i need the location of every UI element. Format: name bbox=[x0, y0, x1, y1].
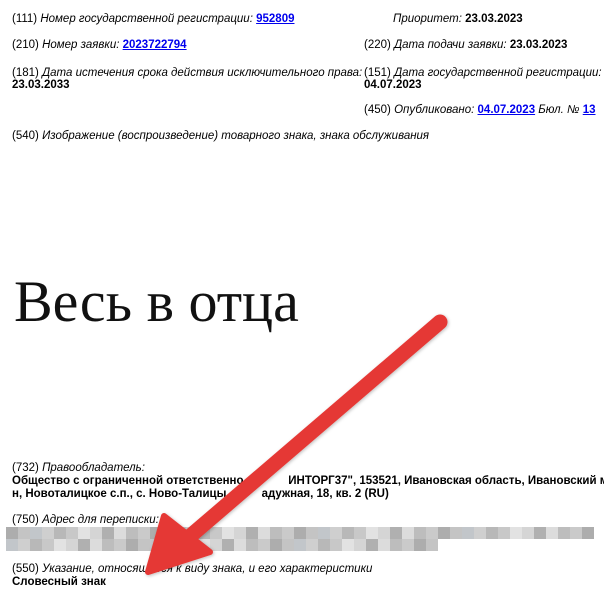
bulletin-number-link[interactable]: 13 bbox=[583, 104, 596, 116]
rightholder-row: (732) Правообладатель: Общество с ограни… bbox=[12, 462, 604, 501]
application-number-row: (210) Номер заявки: 2023722794 bbox=[12, 39, 187, 51]
field-code: (220) bbox=[364, 39, 391, 51]
field-code: (181) bbox=[12, 67, 39, 79]
priority-date: 23.03.2023 bbox=[465, 13, 523, 25]
field-label: Дата истечения срока действия исключител… bbox=[42, 67, 362, 79]
field-label: Дата подачи заявки: bbox=[394, 39, 507, 51]
application-number-link[interactable]: 2023722794 bbox=[123, 39, 187, 51]
publication-row: (450) Опубликовано: 04.07.2023 Бюл. № 13 bbox=[364, 104, 596, 116]
mark-type-row: (550) Указание, относящееся к виду знака… bbox=[12, 563, 372, 589]
field-code: (732) bbox=[12, 462, 39, 474]
field-label: Указание, относящееся к виду знака, и ег… bbox=[42, 563, 372, 575]
filing-date-row: (220) Дата подачи заявки: 23.03.2023 bbox=[364, 39, 567, 51]
field-label: Номер заявки: bbox=[42, 39, 119, 51]
field-label: Приоритет: bbox=[393, 13, 462, 25]
field-label: Номер государственной регистрации: bbox=[40, 13, 253, 25]
field-label: Адрес для переписки: bbox=[42, 514, 159, 526]
field-code: (540) bbox=[12, 130, 39, 142]
bulletin-label: Бюл. № bbox=[538, 104, 579, 116]
expiry-date: 23.03.2033 bbox=[12, 79, 70, 91]
field-label: Дата государственной регистрации: bbox=[394, 67, 602, 79]
registration-number-row: (111) Номер государственной регистрации:… bbox=[12, 13, 294, 25]
filing-date: 23.03.2023 bbox=[510, 39, 568, 51]
field-label: Опубликовано: bbox=[394, 104, 474, 116]
field-code: (111) bbox=[12, 13, 37, 25]
mark-type-value: Словесный знак bbox=[12, 576, 106, 588]
field-code: (450) bbox=[364, 104, 391, 116]
priority-row: Приоритет: 23.03.2023 bbox=[393, 13, 523, 25]
redacted-address-line-2 bbox=[6, 539, 438, 551]
field-code: (550) bbox=[12, 563, 39, 575]
rightholder-line-1: Общество с ограниченной ответственно ИНТ… bbox=[12, 475, 604, 487]
registration-number-link[interactable]: 952809 bbox=[256, 13, 294, 25]
publication-date-link[interactable]: 04.07.2023 bbox=[478, 104, 536, 116]
field-code: (151) bbox=[364, 67, 391, 79]
rightholder-line-2: н, Новоталицкое с.п., с. Ново-Талицы, ад… bbox=[12, 488, 389, 500]
field-label: Правообладатель: bbox=[42, 462, 145, 474]
registration-date: 04.07.2023 bbox=[364, 79, 422, 91]
expiry-date-row: (181) Дата истечения срока действия искл… bbox=[12, 67, 362, 91]
field-code: (210) bbox=[12, 39, 39, 51]
field-code: (750) bbox=[12, 514, 39, 526]
field-label: Изображение (воспроизведение) товарного … bbox=[42, 130, 429, 142]
redacted-address-line-1 bbox=[6, 527, 594, 539]
registration-date-row: (151) Дата государственной регистрации: … bbox=[364, 67, 602, 91]
trademark-image: Весь в отца bbox=[14, 268, 299, 335]
correspondence-address-row: (750) Адрес для переписки: bbox=[12, 514, 159, 526]
image-section-row: (540) Изображение (воспроизведение) това… bbox=[12, 130, 429, 142]
